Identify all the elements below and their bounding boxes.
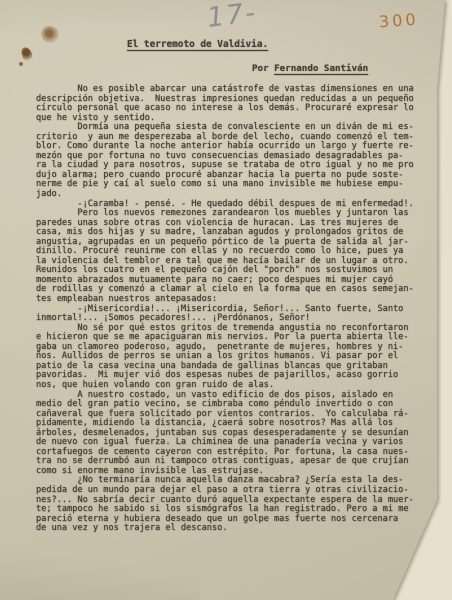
document-page: 17- 300 El terremoto de Valdivia. Por Fe… bbox=[0, 0, 452, 600]
text-line: nerme de pie y caí al suelo como si una … bbox=[36, 180, 436, 190]
scan-background: 17- 300 El terremoto de Valdivia. Por Fe… bbox=[0, 0, 452, 600]
document-title: El terremoto de Valdivia. bbox=[127, 39, 268, 50]
body-text: No es posible abarcar una catástrofe de … bbox=[36, 85, 436, 534]
handwritten-page-number: 17- bbox=[205, 0, 259, 34]
ink-stain-large bbox=[39, 24, 61, 45]
archive-number: 300 bbox=[378, 10, 419, 32]
text-line: de una vez y nos trajera el descanso. bbox=[36, 524, 436, 534]
ink-stain-dot bbox=[19, 62, 23, 66]
ink-stain-small bbox=[20, 46, 35, 64]
paper-edge-shadow: 17- 300 El terremoto de Valdivia. Por Fe… bbox=[0, 0, 452, 600]
byline: Por Fernando Santiván bbox=[252, 63, 368, 74]
byline-author: Fernando Santiván bbox=[274, 63, 368, 74]
paper-crease bbox=[0, 540, 200, 600]
byline-prefix: Por bbox=[252, 63, 274, 74]
